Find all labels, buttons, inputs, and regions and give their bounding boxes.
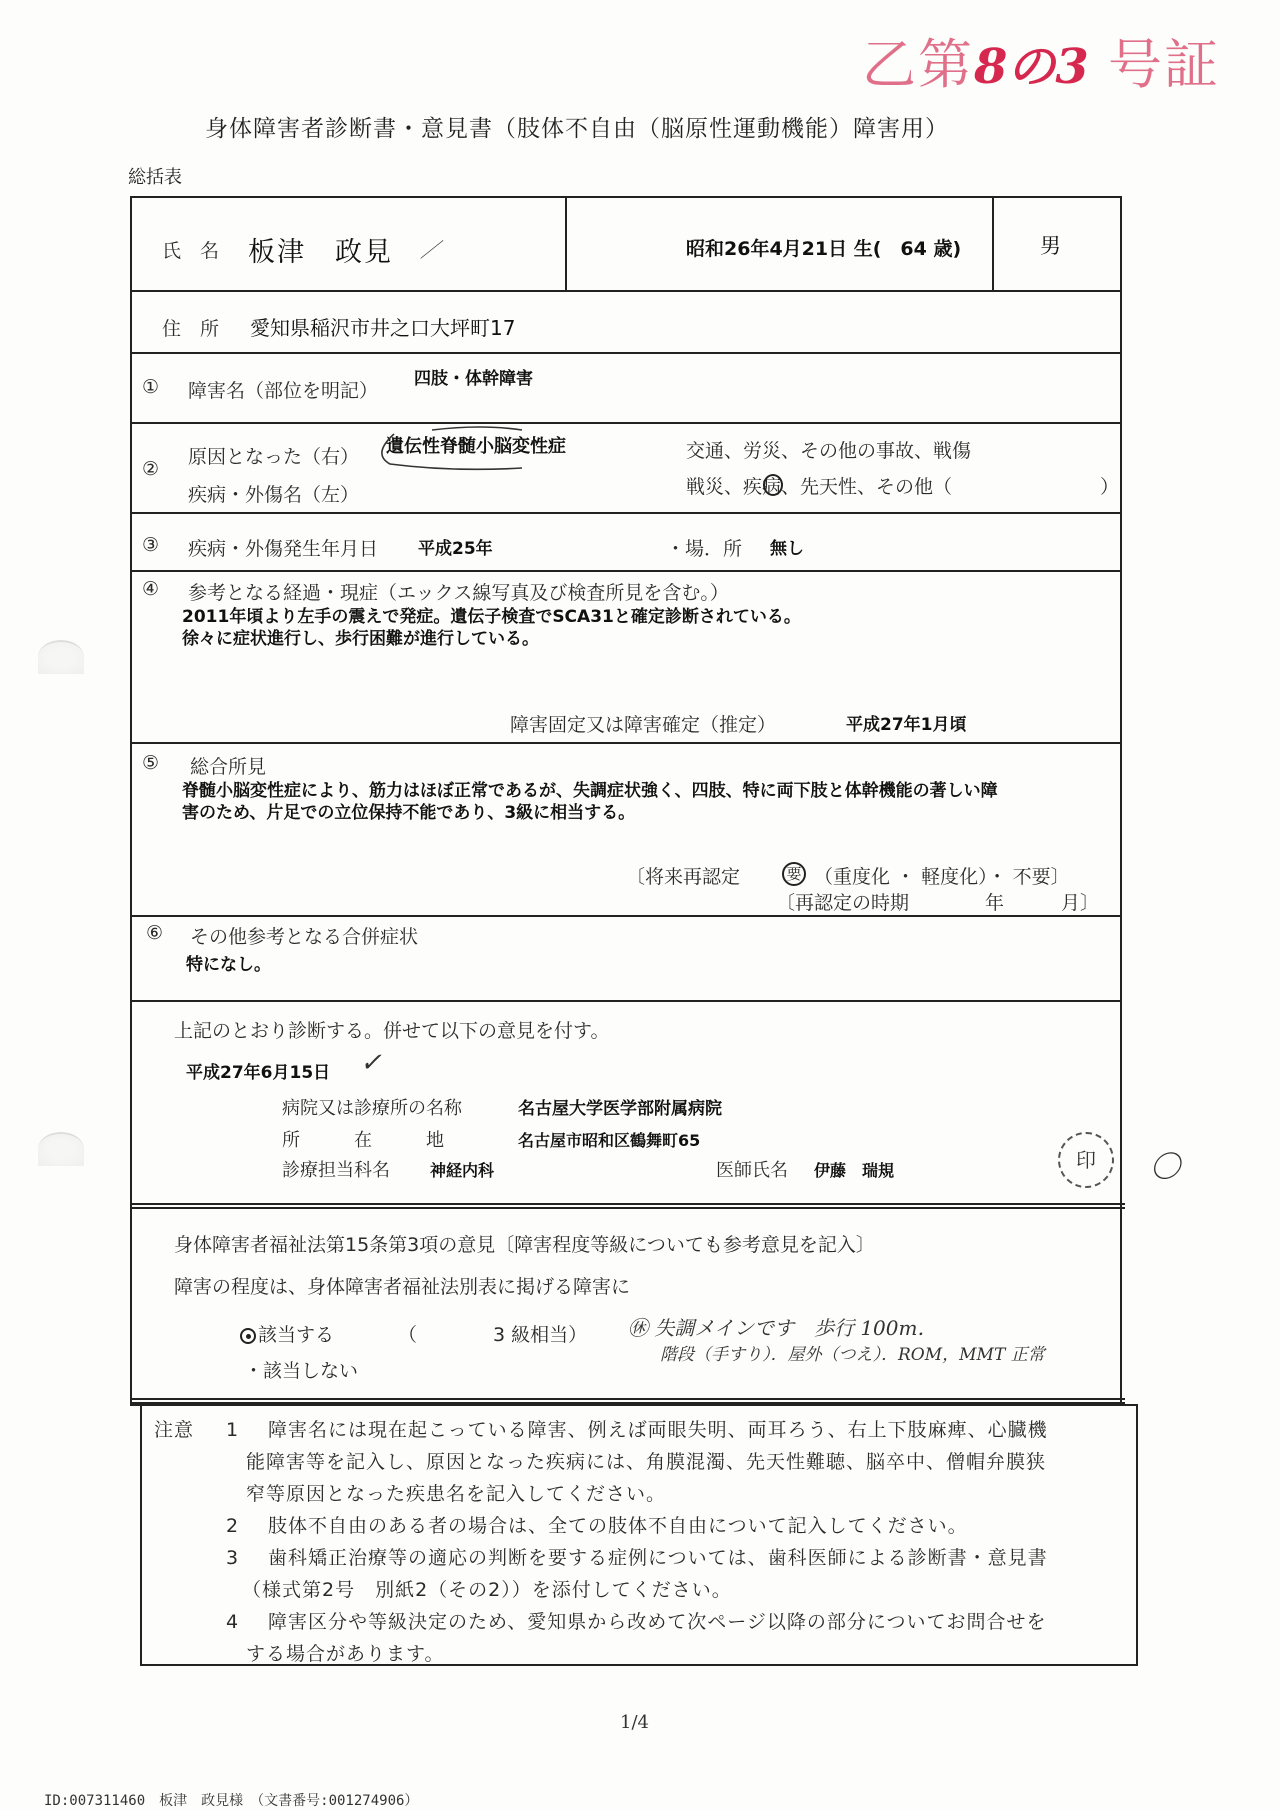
section-double-divider bbox=[130, 1203, 1125, 1209]
section6-number: ⑥ bbox=[146, 922, 163, 944]
recert-label: 〔将来再認定 bbox=[626, 862, 740, 889]
note-4-line-2: する場合があります。 bbox=[246, 1638, 444, 1670]
note-2-number: 2 bbox=[226, 1510, 239, 1542]
name-label: 氏 名 bbox=[162, 236, 219, 263]
cause-options-close: ） bbox=[1100, 472, 1119, 499]
summary-label: 総括表 bbox=[128, 163, 182, 189]
doctor-seal: 印 bbox=[1058, 1132, 1114, 1188]
location-label: 所 在 地 bbox=[282, 1126, 444, 1152]
row-divider bbox=[130, 512, 1122, 514]
recert-selected: 要 bbox=[782, 862, 806, 886]
check-mark: ✓ bbox=[360, 1048, 382, 1078]
findings-line-2: 害のため、片足での立位保持不能であり、3級に相当する。 bbox=[182, 802, 635, 824]
disability-name: 四肢・体幹障害 bbox=[414, 364, 533, 389]
note-2-line-1: 肢体不自由のある者の場合は、全ての肢体不自由について記入してください。 bbox=[268, 1510, 968, 1542]
note-3-line-1: 歯科矯正治療等の適応の判断を要する症例については、歯科医師による診断書・意見書 bbox=[268, 1542, 1048, 1574]
note-1-line-2: 能障害等を記入し、原因となった疾病には、角膜混濁、先天性難聴、脳卒中、僧帽弁膜狭 bbox=[246, 1446, 1046, 1478]
department: 神経内科 bbox=[430, 1158, 494, 1181]
row-divider bbox=[130, 422, 1122, 424]
note-3-line-2: （様式第2号 別紙2（その2））を添付してください。 bbox=[242, 1574, 732, 1606]
cause-options-1: 交通、労災、その他の事故、戦傷 bbox=[686, 436, 971, 463]
cause-options-2: 戦災、疾病、先天性、その他（ bbox=[686, 472, 952, 499]
section4-number: ④ bbox=[142, 578, 159, 600]
doctor-label: 医師氏名 bbox=[716, 1156, 788, 1182]
page-number: 1/4 bbox=[620, 1712, 649, 1733]
birth-date: 昭和26年4月21日 生( 64 歳) bbox=[686, 234, 961, 261]
grade: （ 3 級相当） bbox=[398, 1320, 587, 1347]
stamp-suffix: 号証 bbox=[1108, 33, 1220, 96]
onset-date-label: 疾病・外傷発生年月日 bbox=[188, 534, 378, 561]
doctor-name: 伊藤 瑞規 bbox=[814, 1158, 894, 1181]
cause-label-1: 原因となった（右） bbox=[188, 442, 359, 469]
diagnosis-statement: 上記のとおり診断する。併せて以下の意見を付す。 bbox=[174, 1016, 609, 1043]
opinion-intro: 障害の程度は、身体障害者福祉法別表に掲げる障害に bbox=[174, 1272, 630, 1299]
row-divider bbox=[130, 352, 1122, 354]
col-divider bbox=[565, 196, 567, 290]
disability-name-label: 障害名（部位を明記） bbox=[188, 376, 378, 403]
selection-circle bbox=[763, 474, 783, 496]
sex: 男 bbox=[1040, 230, 1061, 260]
history-line-2: 徐々に症状進行し、歩行困難が進行している。 bbox=[182, 628, 539, 650]
fixed-date-label: 障害固定又は障害確定（推定） bbox=[510, 710, 776, 737]
row-divider bbox=[130, 1000, 1122, 1002]
section5-number: ⑤ bbox=[142, 752, 159, 774]
note-4-line-1: 障害区分や等級決定のため、愛知県から改めて次ページ以降の部分についてお問合せを bbox=[268, 1606, 1046, 1638]
row-divider bbox=[130, 570, 1122, 572]
onset-date: 平成25年 bbox=[418, 534, 493, 559]
note-1-line-1: 障害名には現在起こっている障害、例えば両眼失明、両耳ろう、右上下肢麻痺、心臓機 bbox=[268, 1414, 1048, 1446]
patient-name: 板津 政見 bbox=[248, 230, 393, 269]
note-1-number: 1 bbox=[226, 1414, 239, 1446]
section3-number: ③ bbox=[142, 534, 159, 556]
onset-place: 無し bbox=[770, 534, 804, 559]
history-line-1: 2011年頃より左手の震えで発症。遺伝子検査でSCA31と確定診断されている。 bbox=[182, 606, 801, 628]
option-not-applicable: ・該当しない bbox=[244, 1356, 358, 1383]
section2-number: ② bbox=[142, 458, 159, 480]
recert-time: 〔再認定の時期 年 月〕 bbox=[776, 888, 1099, 915]
hospital-name: 名古屋大学医学部附属病院 bbox=[518, 1094, 722, 1119]
stamp-number: 8の3 bbox=[974, 39, 1089, 95]
note-1-line-3: 窄等原因となった疾患名を記入してください。 bbox=[246, 1478, 666, 1510]
handwritten-note-1: ㊡ 失調メインです 歩行 100m． bbox=[628, 1312, 937, 1341]
diagnosis-date: 平成27年6月15日 bbox=[186, 1058, 330, 1083]
fixed-date: 平成27年1月頃 bbox=[846, 710, 967, 735]
findings-label: 総合所見 bbox=[190, 752, 266, 779]
history-label: 参考となる経過・現症（エックス線写真及び検査所見を含む。） bbox=[188, 578, 729, 605]
recert-options: （重度化 ・ 軽度化）・ 不要〕 bbox=[814, 862, 1070, 889]
margin-circle-mark: 〇 bbox=[1150, 1142, 1180, 1186]
stamp-prefix: 乙第 bbox=[862, 33, 974, 96]
row-divider bbox=[130, 742, 1122, 744]
complications-value: 特になし。 bbox=[186, 950, 271, 975]
handwritten-bracket bbox=[372, 424, 602, 474]
hospital-location: 名古屋市昭和区鶴舞町65 bbox=[518, 1128, 700, 1151]
address-label: 住 所 bbox=[162, 314, 219, 341]
document-id-line: ID:007311460 板津 政見様 （文書番号:001274906） bbox=[44, 1790, 418, 1810]
note-3-number: 3 bbox=[226, 1542, 239, 1574]
onset-place-label: ・場．所 bbox=[666, 534, 742, 561]
row-divider bbox=[130, 290, 1122, 292]
punch-hole-top bbox=[38, 640, 84, 674]
section1-number: ① bbox=[142, 376, 159, 398]
selected-option-disease: 疾病 bbox=[743, 476, 781, 498]
cause-label-2: 疾病・外傷名（左） bbox=[188, 480, 359, 507]
punch-hole-bottom bbox=[38, 1132, 84, 1166]
note-4-number: 4 bbox=[226, 1606, 239, 1638]
handwritten-note-2: 階段（手すり）．屋外（つえ）．ROM，MMT 正常 bbox=[660, 1340, 1045, 1365]
department-label: 診療担当科名 bbox=[282, 1156, 390, 1182]
opinion-title: 身体障害者福祉法第15条第3項の意見〔障害程度等級についても参考意見を記入〕 bbox=[174, 1230, 875, 1257]
col-divider bbox=[992, 196, 994, 290]
row-divider bbox=[130, 915, 1122, 917]
name-mark: ／ bbox=[420, 234, 440, 263]
document-title: 身体障害者診断書・意見書（肢体不自由（脳原性運動機能）障害用） bbox=[205, 110, 949, 143]
findings-line-1: 脊髄小脳変性症により、筋力はほぼ正常であるが、失調症状強く、四肢、特に両下肢と体… bbox=[182, 780, 998, 802]
exhibit-stamp: 乙第8の3 号証 bbox=[862, 22, 1220, 99]
complications-label: その他参考となる合併症状 bbox=[190, 922, 418, 949]
notes-label: 注意 bbox=[154, 1414, 194, 1446]
hospital-label: 病院又は診療所の名称 bbox=[282, 1094, 462, 1120]
section-double-divider bbox=[130, 1398, 1125, 1404]
option-applicable: 該当する bbox=[240, 1320, 334, 1347]
address: 愛知県稲沢市井之口大坪町17 bbox=[250, 312, 515, 341]
